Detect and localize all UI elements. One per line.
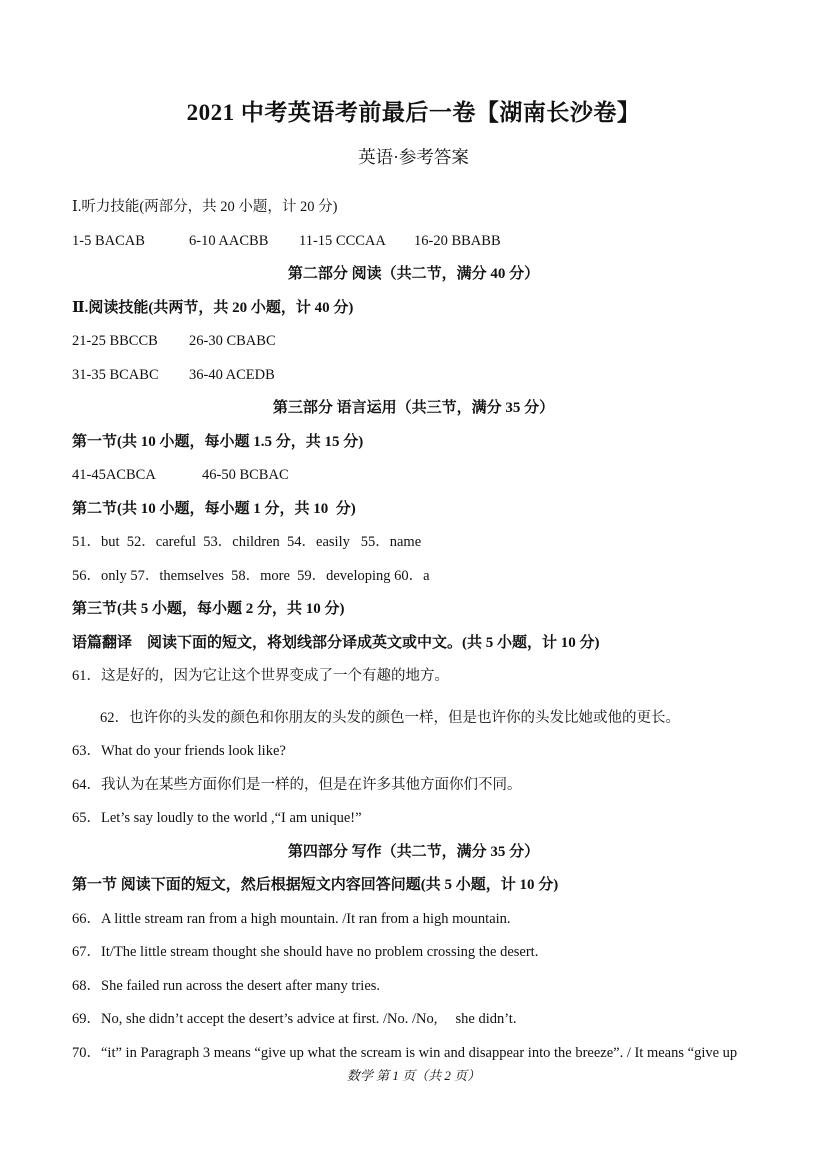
answer-group: 1-5 BACAB [72, 225, 189, 259]
answer-item-64: 64．我认为在某些方面你们是一样的，但是在许多其他方面你们不同。 [72, 769, 755, 803]
answer-item-66: 66．A little stream ran from a high mount… [72, 903, 755, 937]
part3-section1-heading: 第一节(共 10 小题，每小题 1.5 分，共 15 分) [72, 426, 755, 460]
answer-item-63: 63．What do your friends look like? [72, 735, 755, 769]
answer-group: 21-25 BBCCB [72, 325, 189, 359]
part2-heading: 第二部分 阅读（共二节，满分 40 分） [72, 258, 755, 292]
reading-answers-row-2: 31-35 BCABC36-40 ACEDB [72, 359, 755, 393]
answer-group: 31-35 BCABC [72, 359, 189, 393]
page-body: Ⅰ.听力技能(两部分，共 20 小题，计 20 分) 1-5 BACAB6-10… [72, 191, 755, 1070]
page-title: 2021 中考英语考前最后一卷【湖南长沙卷】 [72, 98, 755, 128]
answer-item-65: 65．Let’s say loudly to the world ,“I am … [72, 802, 755, 836]
answer-group: 41-45ACBCA [72, 459, 202, 493]
part4-section1-heading: 第一节 阅读下面的短文，然后根据短文内容回答问题(共 5 小题，计 10 分) [72, 869, 755, 903]
part3-heading: 第三部分 语言运用（共三节，满分 35 分） [72, 392, 755, 426]
listening-answers-row: 1-5 BACAB6-10 AACBB11-15 CCCAA16-20 BBAB… [72, 225, 755, 259]
answer-group: 6-10 AACBB [189, 225, 299, 259]
part3-section1-answers-row: 41-45ACBCA46-50 BCBAC [72, 459, 755, 493]
answer-group: 36-40 ACEDB [189, 359, 275, 393]
reading-answers-row-1: 21-25 BBCCB26-30 CBABC [72, 325, 755, 359]
part3-section3-heading: 第三节(共 5 小题，每小题 2 分，共 10 分) [72, 593, 755, 627]
answer-group: 11-15 CCCAA [299, 225, 414, 259]
answer-item-68: 68．She failed run across the desert afte… [72, 970, 755, 1004]
page-subtitle: 英语·参考答案 [72, 145, 755, 169]
answer-item-61: 61．这是好的，因为它让这个世界变成了一个有趣的地方。 [72, 660, 755, 694]
answer-group: 16-20 BBABB [414, 225, 501, 259]
answer-item-69: 69．No, she didn’t accept the desert’s ad… [72, 1003, 755, 1037]
translation-instruction: 语篇翻译 阅读下面的短文，将划线部分译成英文或中文。(共 5 小题，计 10 分… [72, 627, 755, 661]
reading-section-heading: Ⅱ.阅读技能(共两节，共 20 小题，计 40 分) [72, 292, 755, 326]
answer-item-70: 70．“it” in Paragraph 3 means “give up wh… [72, 1037, 755, 1071]
page-footer: 数学 第 1 页（共 2 页） [0, 1066, 827, 1086]
listening-section-heading: Ⅰ.听力技能(两部分，共 20 小题，计 20 分) [72, 191, 755, 225]
answer-group: 46-50 BCBAC [202, 459, 289, 493]
part3-section2-answers-line-1: 51．but 52．careful 53．children 54．easily … [72, 526, 755, 560]
part3-section2-heading: 第二节(共 10 小题，每小题 1 分，共 10 分) [72, 493, 755, 527]
answer-item-67: 67．It/The little stream thought she shou… [72, 936, 755, 970]
part3-section2-answers-line-2: 56．only 57．themselves 58．more 59．develop… [72, 560, 755, 594]
exam-answer-page: 2021 中考英语考前最后一卷【湖南长沙卷】 英语·参考答案 Ⅰ.听力技能(两部… [0, 0, 827, 1169]
answer-group: 26-30 CBABC [189, 325, 276, 359]
answer-item-62: 62．也许你的头发的颜色和你朋友的头发的颜色一样，但是也许你的头发比她或他的更长… [72, 702, 755, 736]
part4-heading: 第四部分 写作（共二节，满分 35 分） [72, 836, 755, 870]
